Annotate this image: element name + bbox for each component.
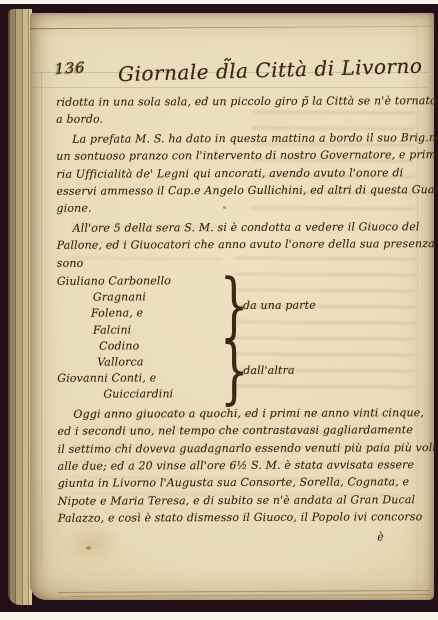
manuscript-line: ed i secondi uno, nel tempo che contrast… [57,421,413,440]
curly-brace-icon: } [220,339,236,401]
manuscript-line: il settimo chi doveva guadagnarlo essend… [58,439,414,458]
ledger-ruling-horizontal [30,87,430,88]
manuscript-line: La prefata M. S. ha dato in questa matti… [56,129,412,148]
player-name: Codino [99,338,215,355]
manuscript-line: esservi ammesso il Cap.e Angelo Gullichi… [56,181,412,200]
player-name: Gragnani [93,289,215,306]
manuscript-line: a bordo. [56,110,412,129]
player-names-column: Codino Vallorca Giovanni Conti, e Guicci… [57,338,215,404]
page-number: 136 [55,60,86,78]
players-list: Giuliano Carbonello Gragnani Folena, e F… [57,272,414,403]
paragraph: ridotta in una sola sala, ed un piccolo … [56,92,412,128]
manuscript-line: ria Ufficialità de' Legni qui ancorati, … [56,164,412,183]
player-names-column: Giuliano Carbonello Gragnani Folena, e F… [57,273,215,339]
player-name: Giuliano Carbonello [57,273,215,290]
manuscript-line: All'ore 5 della sera S. M. si è condotta… [57,218,413,237]
manuscript-line: gione. [56,199,412,218]
player-name: Folena, e [91,306,215,323]
side-b-label: dall'altra [243,361,295,379]
manuscript-photo: 136 Giornale d̃la Città di Livorno ridot… [0,0,438,620]
manuscript-line: un sontuoso pranzo con l'intervento di n… [56,146,412,165]
paragraph: La prefata M. S. ha dato in questa matti… [56,129,412,218]
player-name: Falcini [93,322,215,339]
player-name: Giovanni Conti, e [57,370,215,387]
player-name: Guicciardini [103,387,215,404]
ledger-ruling-vertical-right [417,22,418,592]
manuscript-line: Pallone, ed i Giuocatori che anno avuto … [57,235,413,254]
manuscript-line: ridotta in una sola sala, ed un piccolo … [56,92,412,111]
ledger-ruling-vertical [41,72,42,564]
curly-brace-icon: } [220,274,236,336]
manuscript-line: Palazzo, e così è stato dismesso il Giuo… [58,508,414,527]
manuscript-line: Nipote e Maria Teresa, e di subito se n'… [58,491,414,510]
manuscript-line: alle due; ed a 20 vinse all'ore 6½ S. M.… [58,456,414,475]
book-page-edge-stack [8,9,32,605]
manuscript-text-block: ridotta in una sola sala, ed un piccolo … [56,92,414,546]
player-name: Vallorca [97,354,215,371]
catchword: è [58,528,414,547]
ledger-ruling-vertical [35,72,36,564]
paragraph: Oggi anno giuocato a quochi, ed i primi … [57,404,414,527]
manuscript-line: giunta in Livorno l'Augusta sua Consorte… [58,474,414,493]
players-side-b: Codino Vallorca Giovanni Conti, e Guicci… [57,337,413,403]
side-a-label: da una parte [243,296,316,314]
